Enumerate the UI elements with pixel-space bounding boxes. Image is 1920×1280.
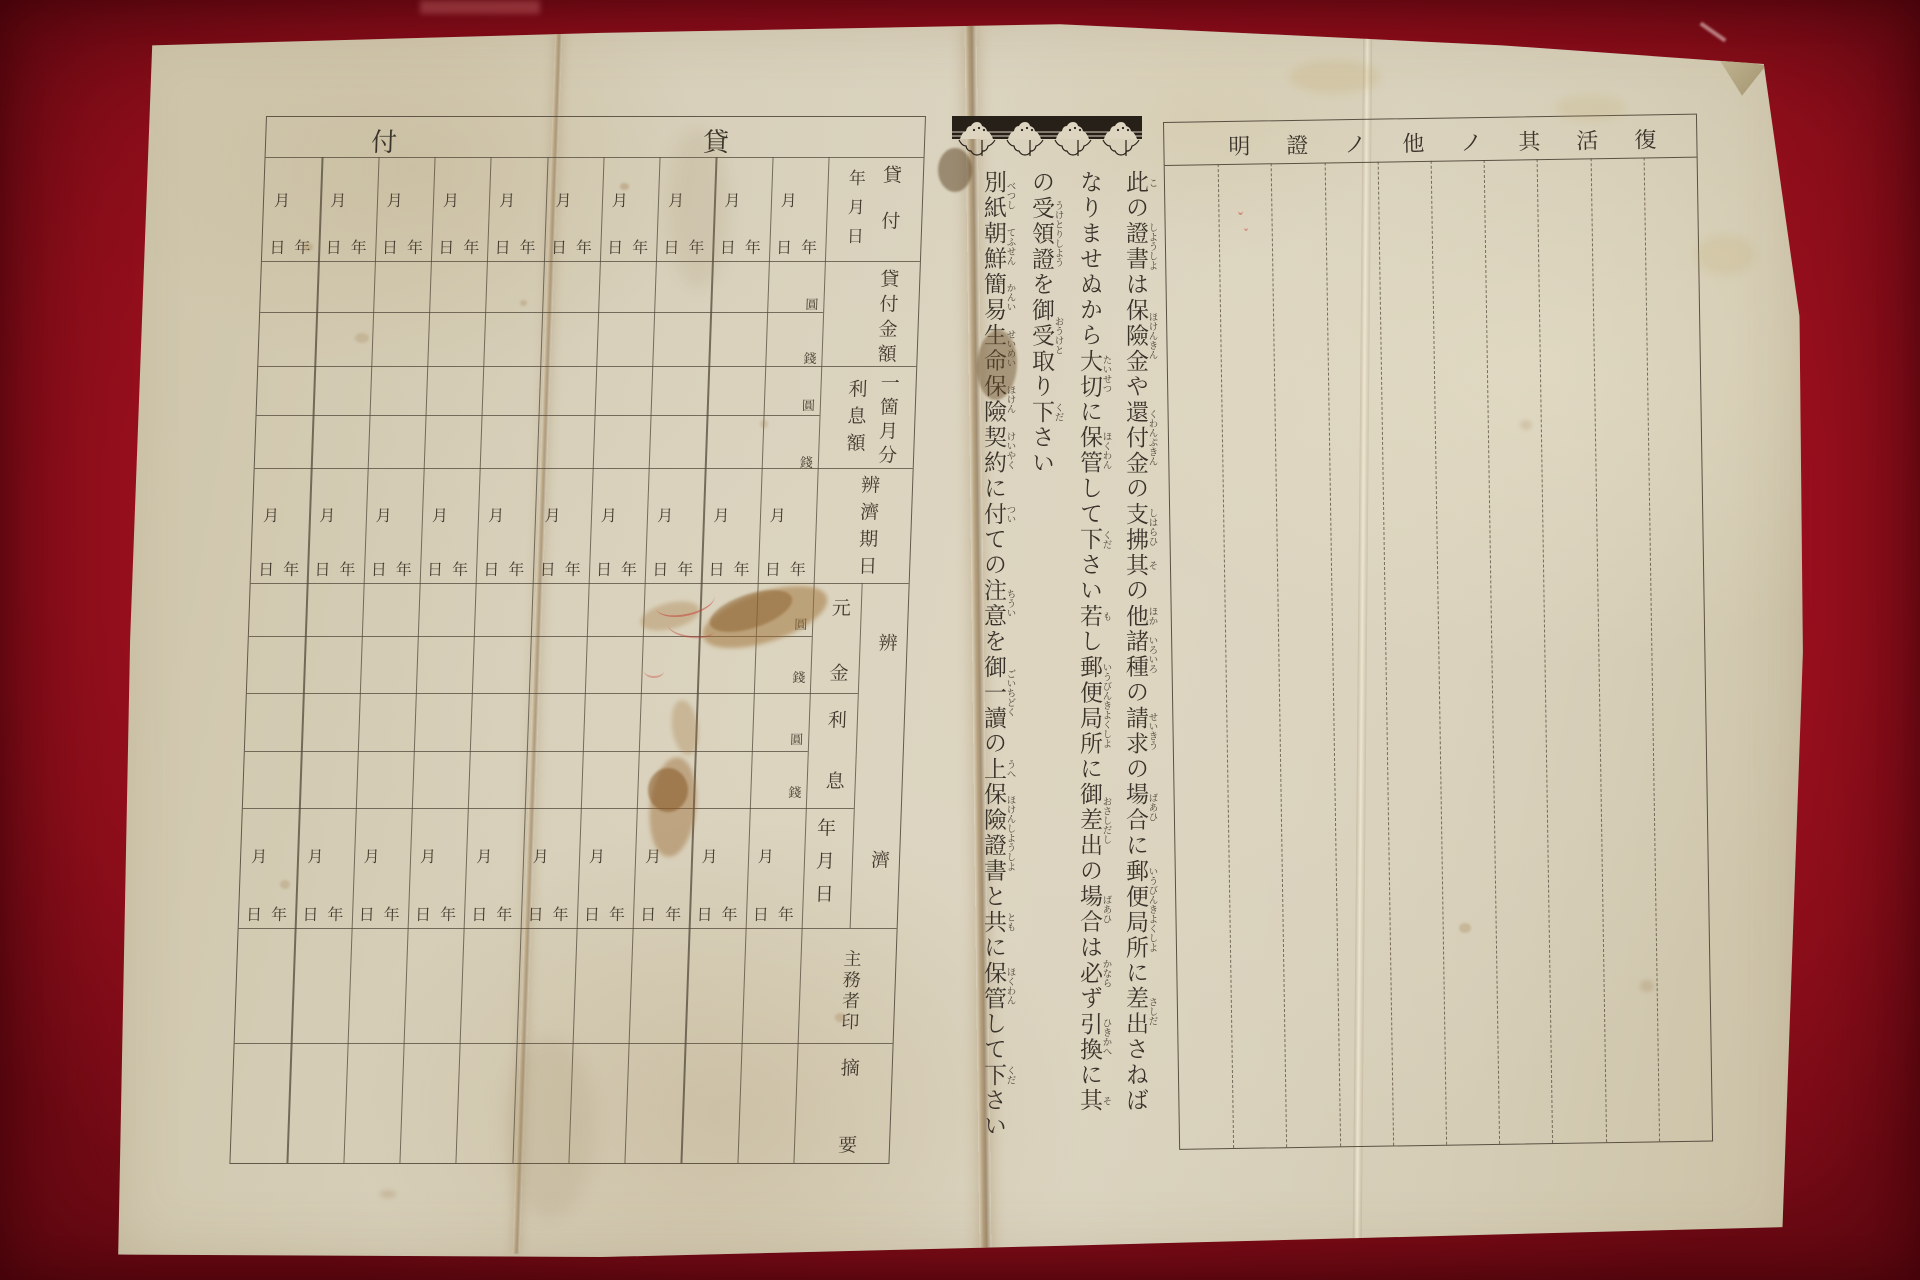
date-cell-year: 年 [677, 557, 694, 580]
date-cell-year: 年 [496, 902, 513, 925]
date-cell-day: 日 [764, 557, 781, 580]
date-cell-day: 日 [596, 557, 613, 580]
table-grid-vline [456, 157, 492, 1163]
notice-ruby-word: 場合ばあひ [1122, 782, 1148, 833]
header-repayment: 辨濟 [859, 633, 901, 1067]
date-cell-day: 日 [269, 235, 286, 258]
notice-ruby-word: 上うへ [980, 757, 1006, 783]
table-grid-vline [399, 157, 435, 1163]
date-cell-year: 年 [665, 902, 682, 925]
date-cell-month: 月 [488, 503, 505, 526]
unit-marker: 錢 [781, 782, 802, 801]
date-cell-month: 月 [544, 503, 561, 526]
date-cell-day: 日 [607, 235, 624, 258]
stain [380, 1190, 396, 1198]
notice-column: の受領證うけとりしようを御受取おうけとり下ください [1018, 170, 1064, 476]
date-cell-year: 年 [383, 902, 400, 925]
notice-ruby-word: 其そ [1076, 1088, 1102, 1114]
notice-ruby-word: 請求せいきう [1122, 706, 1148, 757]
stain [668, 128, 728, 288]
date-cell-month: 月 [701, 844, 718, 867]
sheet-content: 貸付 年月日 貸付金額 一箇月分 利息額 辨濟期日 元金 利息 年月日 辨濟 主… [108, 18, 1808, 1262]
red-ink-mark [1238, 206, 1243, 215]
date-cell-day: 日 [584, 902, 601, 925]
date-cell-month: 月 [499, 188, 516, 211]
header-monthly-interest-line1: 一箇月分 [873, 373, 903, 469]
date-cell-day: 日 [551, 235, 568, 258]
table-grid-vline [625, 157, 661, 1163]
date-cell-month: 月 [319, 503, 336, 526]
stain [1555, 95, 1625, 121]
date-cell-year: 年 [733, 557, 750, 580]
date-cell-day: 日 [776, 235, 793, 258]
date-cell-day: 日 [640, 902, 657, 925]
notice-ruby-word: 下くだ [1076, 527, 1102, 553]
notice-ruby-word: 注意ちうい [980, 578, 1006, 629]
date-cell-year: 年 [744, 235, 761, 258]
certificate-column-dashed-line [1484, 160, 1500, 1144]
stain [835, 1013, 845, 1022]
red-ink-mark [1244, 223, 1248, 231]
date-cell-month: 月 [420, 844, 437, 867]
table-grid-vline [287, 157, 323, 1163]
stain [355, 333, 369, 343]
date-cell-day: 日 [438, 235, 455, 258]
table-grid-hline [258, 366, 916, 367]
notice-ruby-word: 若も [1076, 604, 1102, 630]
date-cell-year: 年 [508, 557, 525, 580]
notice-column: 此この證書しようしよは保險金ほけんきんや還付金くわんぷきんの支拂しはらひ其その他… [1112, 170, 1158, 1114]
cloud-band-ornament-stamp [952, 115, 1142, 157]
date-cell-year: 年 [283, 557, 300, 580]
date-cell-month: 月 [476, 844, 493, 867]
date-cell-day: 日 [358, 902, 375, 925]
date-cell-year: 年 [327, 902, 344, 925]
date-cell-month: 月 [780, 188, 797, 211]
notice-ruby-word: 場合ばあひ [1076, 884, 1102, 935]
unit-marker: 圓 [798, 294, 819, 313]
date-cell-month: 月 [713, 503, 730, 526]
stain [620, 183, 629, 190]
date-cell-month: 月 [589, 844, 606, 867]
notice-ruby-word: 郵便局所いうびんきよくしよ [1076, 655, 1102, 757]
date-cell-day: 日 [527, 902, 544, 925]
stain [1290, 60, 1380, 94]
unit-marker: 錢 [796, 348, 817, 367]
header-repayment-date: 年月日 [809, 818, 839, 917]
date-cell-day: 日 [302, 902, 319, 925]
notice-ruby-word: 下くだ [980, 1063, 1006, 1089]
date-cell-day: 日 [314, 557, 331, 580]
notice-ruby-word: 此こ [1122, 170, 1148, 196]
loan-record-table: 貸付 年月日 貸付金額 一箇月分 利息額 辨濟期日 元金 利息 年月日 辨濟 主… [229, 116, 926, 1164]
notice-ruby-word: 還付金くわんぷきん [1122, 400, 1148, 477]
notice-ruby-word: 御受取おうけと [1028, 298, 1054, 375]
certification-box-header: 明證ノ他ノ其活復 [1164, 115, 1697, 166]
stain [303, 243, 313, 251]
notice-column: 別紙べつし朝鮮てふせん簡易かんい生命せいめい保險ほけん契約けいやくに付ついての注… [970, 170, 1016, 1139]
table-grid-hline [251, 583, 909, 584]
date-cell-year: 年 [552, 902, 569, 925]
table-grid-hline [260, 312, 823, 313]
date-cell-day: 日 [539, 557, 556, 580]
notice-ruby-word: 共とも [980, 910, 1006, 936]
date-cell-month: 月 [251, 844, 268, 867]
table-grid-hline [239, 928, 897, 929]
table-grid-vline [681, 157, 717, 1163]
stain [648, 768, 688, 812]
date-cell-year: 年 [564, 557, 581, 580]
cloth-white-scratch [1700, 22, 1727, 42]
date-cell-year: 年 [407, 235, 424, 258]
date-cell-day: 日 [494, 235, 511, 258]
date-cell-year: 年 [777, 902, 794, 925]
date-cell-day: 日 [696, 902, 713, 925]
table-grid-hline [255, 468, 913, 469]
date-cell-day: 日 [325, 235, 342, 258]
loan-table-title-char: 付 [370, 122, 397, 159]
table-grid-hline [262, 261, 920, 262]
date-cell-day: 日 [483, 557, 500, 580]
notice-ruby-word: 御差出おさしだし [1076, 782, 1102, 859]
notice-ruby-word: 付つい [980, 502, 1006, 528]
notice-ruby-word: 引換ひきかへ [1076, 1012, 1102, 1063]
unit-marker: 圓 [795, 395, 816, 414]
date-cell-month: 月 [757, 844, 774, 867]
stain [520, 300, 527, 306]
date-cell-month: 月 [769, 503, 786, 526]
notice-ruby-word: 朝鮮てふせん [980, 221, 1006, 272]
notice-column: なりませぬから大切たいせつに保管ほくわんして下ください若もし郵便局所いうびんきよ… [1066, 170, 1112, 1114]
table-grid-vline [737, 157, 773, 1163]
date-cell-year: 年 [721, 902, 738, 925]
date-cell-month: 月 [657, 503, 674, 526]
date-cell-day: 日 [370, 557, 387, 580]
notice-ruby-word: 必かなら [1076, 961, 1102, 987]
folded-insurance-document-sheet: 貸付 年月日 貸付金額 一箇月分 利息額 辨濟期日 元金 利息 年月日 辨濟 主… [108, 18, 1808, 1262]
date-cell-day: 日 [752, 902, 769, 925]
notice-ruby-word: 保險證書ほけんしようしよ [980, 782, 1006, 884]
notice-ruby-word: 保管ほくわん [1076, 425, 1102, 476]
date-cell-year: 年 [801, 235, 818, 258]
date-cell-year: 年 [339, 557, 356, 580]
date-cell-year: 年 [440, 902, 457, 925]
date-cell-day: 日 [471, 902, 488, 925]
red-ink-mark [644, 664, 664, 678]
header-interest: 利息 [819, 710, 850, 832]
date-cell-month: 月 [600, 503, 617, 526]
notice-ruby-word: 郵便局所いうびんきよくしよ [1122, 859, 1148, 961]
table-grid-hline [247, 693, 858, 694]
dog-ear-corner [1716, 54, 1768, 98]
unit-marker: 錢 [785, 667, 806, 686]
stain [760, 420, 768, 428]
date-cell-year: 年 [350, 235, 367, 258]
table-grid-vline [512, 157, 548, 1163]
stain [504, 1038, 594, 1218]
table-grid-hline [257, 415, 820, 416]
certificate-column-dashed-line [1590, 158, 1606, 1142]
notice-ruby-word: 諸種いろいろ [1122, 629, 1148, 680]
date-cell-month: 月 [555, 188, 572, 211]
date-cell-day: 日 [246, 902, 263, 925]
table-grid-hline [245, 751, 808, 752]
certificate-column-dashed-line [1271, 163, 1287, 1147]
date-cell-year: 年 [463, 235, 480, 258]
certificate-column-dashed-line [1324, 162, 1340, 1146]
date-cell-year: 年 [609, 902, 626, 925]
notice-ruby-word: 契約けいやく [980, 425, 1006, 476]
certificate-box-title: 明證ノ他ノ其活復 [1228, 123, 1692, 161]
date-cell-month: 月 [532, 844, 549, 867]
notice-ruby-word: 保險金ほけんきん [1122, 298, 1148, 375]
date-cell-day: 日 [258, 557, 275, 580]
notice-ruby-word: 差出さしだ [1122, 986, 1148, 1037]
table-grid-hline [266, 157, 924, 158]
notice-ruby-word: 御一讀ごいちどく [980, 655, 1006, 732]
notice-ruby-word: 簡易かんい [980, 272, 1006, 323]
date-cell-month: 月 [386, 188, 403, 211]
date-cell-month: 月 [375, 503, 392, 526]
date-cell-month: 月 [330, 188, 347, 211]
unit-marker: 錢 [793, 452, 814, 471]
header-repayment-due: 辨濟期日 [853, 475, 884, 583]
header-loan-amount: 貸付金額 [872, 269, 902, 369]
date-cell-year: 年 [789, 557, 806, 580]
date-cell-day: 日 [652, 557, 669, 580]
certificate-column-dashed-line [1377, 162, 1393, 1146]
date-cell-year: 年 [519, 235, 536, 258]
certificate-column-dashed-line [1643, 157, 1659, 1141]
notice-ruby-word: 下くだ [1028, 400, 1054, 426]
table-grid-vline [343, 157, 379, 1163]
notice-ruby-word: 他ほか [1122, 604, 1148, 630]
stain [1695, 235, 1755, 275]
date-cell-day: 日 [415, 902, 432, 925]
notice-ruby-word: 大切たいせつ [1076, 349, 1102, 400]
date-cell-year: 年 [395, 557, 412, 580]
notice-ruby-word: 別紙べつし [980, 170, 1006, 221]
header-loan-date-line2: 年月日 [840, 169, 868, 256]
date-cell-month: 月 [363, 844, 380, 867]
header-monthly-interest-line2: 利息額 [841, 379, 871, 460]
date-cell-month: 月 [274, 188, 291, 211]
stain [938, 148, 972, 192]
date-cell-month: 月 [432, 503, 449, 526]
revival-certification-box: 明證ノ他ノ其活復 [1163, 114, 1713, 1150]
header-loan-date-line1: 貸付 [875, 165, 905, 257]
notice-ruby-word: 保管ほくわん [980, 961, 1006, 1012]
certificate-column-dashed-line [1431, 161, 1447, 1145]
date-cell-month: 月 [263, 503, 280, 526]
date-cell-year: 年 [621, 557, 638, 580]
date-cell-day: 日 [382, 235, 399, 258]
header-remarks: 摘要 [831, 1058, 863, 1212]
date-cell-year: 年 [271, 902, 288, 925]
certificate-column-dashed-line [1537, 159, 1553, 1143]
cloth-pink-smudge [420, 0, 540, 14]
stain [1459, 923, 1471, 933]
unit-marker: 圓 [783, 729, 804, 748]
stain [280, 880, 290, 889]
notice-ruby-word: 受領證うけとりしよう [1028, 196, 1054, 273]
certificate-column-dashed-line [1218, 164, 1234, 1148]
header-principal: 元金 [823, 598, 855, 728]
notice-ruby-word: 支拂しはらひ [1122, 502, 1148, 553]
notice-ruby-word: 證書しようしよ [1122, 221, 1148, 272]
table-grid-hline [243, 808, 854, 809]
stain [1520, 420, 1532, 430]
date-cell-year: 年 [452, 557, 469, 580]
stain [1640, 980, 1654, 992]
date-cell-month: 月 [611, 188, 628, 211]
notice-ruby-word: 其そ [1122, 553, 1148, 579]
table-grid-vline [568, 157, 604, 1163]
date-cell-month: 月 [443, 188, 460, 211]
date-cell-year: 年 [632, 235, 649, 258]
date-cell-day: 日 [427, 557, 444, 580]
date-cell-month: 月 [307, 844, 324, 867]
date-cell-day: 日 [708, 557, 725, 580]
date-cell-year: 年 [576, 235, 593, 258]
